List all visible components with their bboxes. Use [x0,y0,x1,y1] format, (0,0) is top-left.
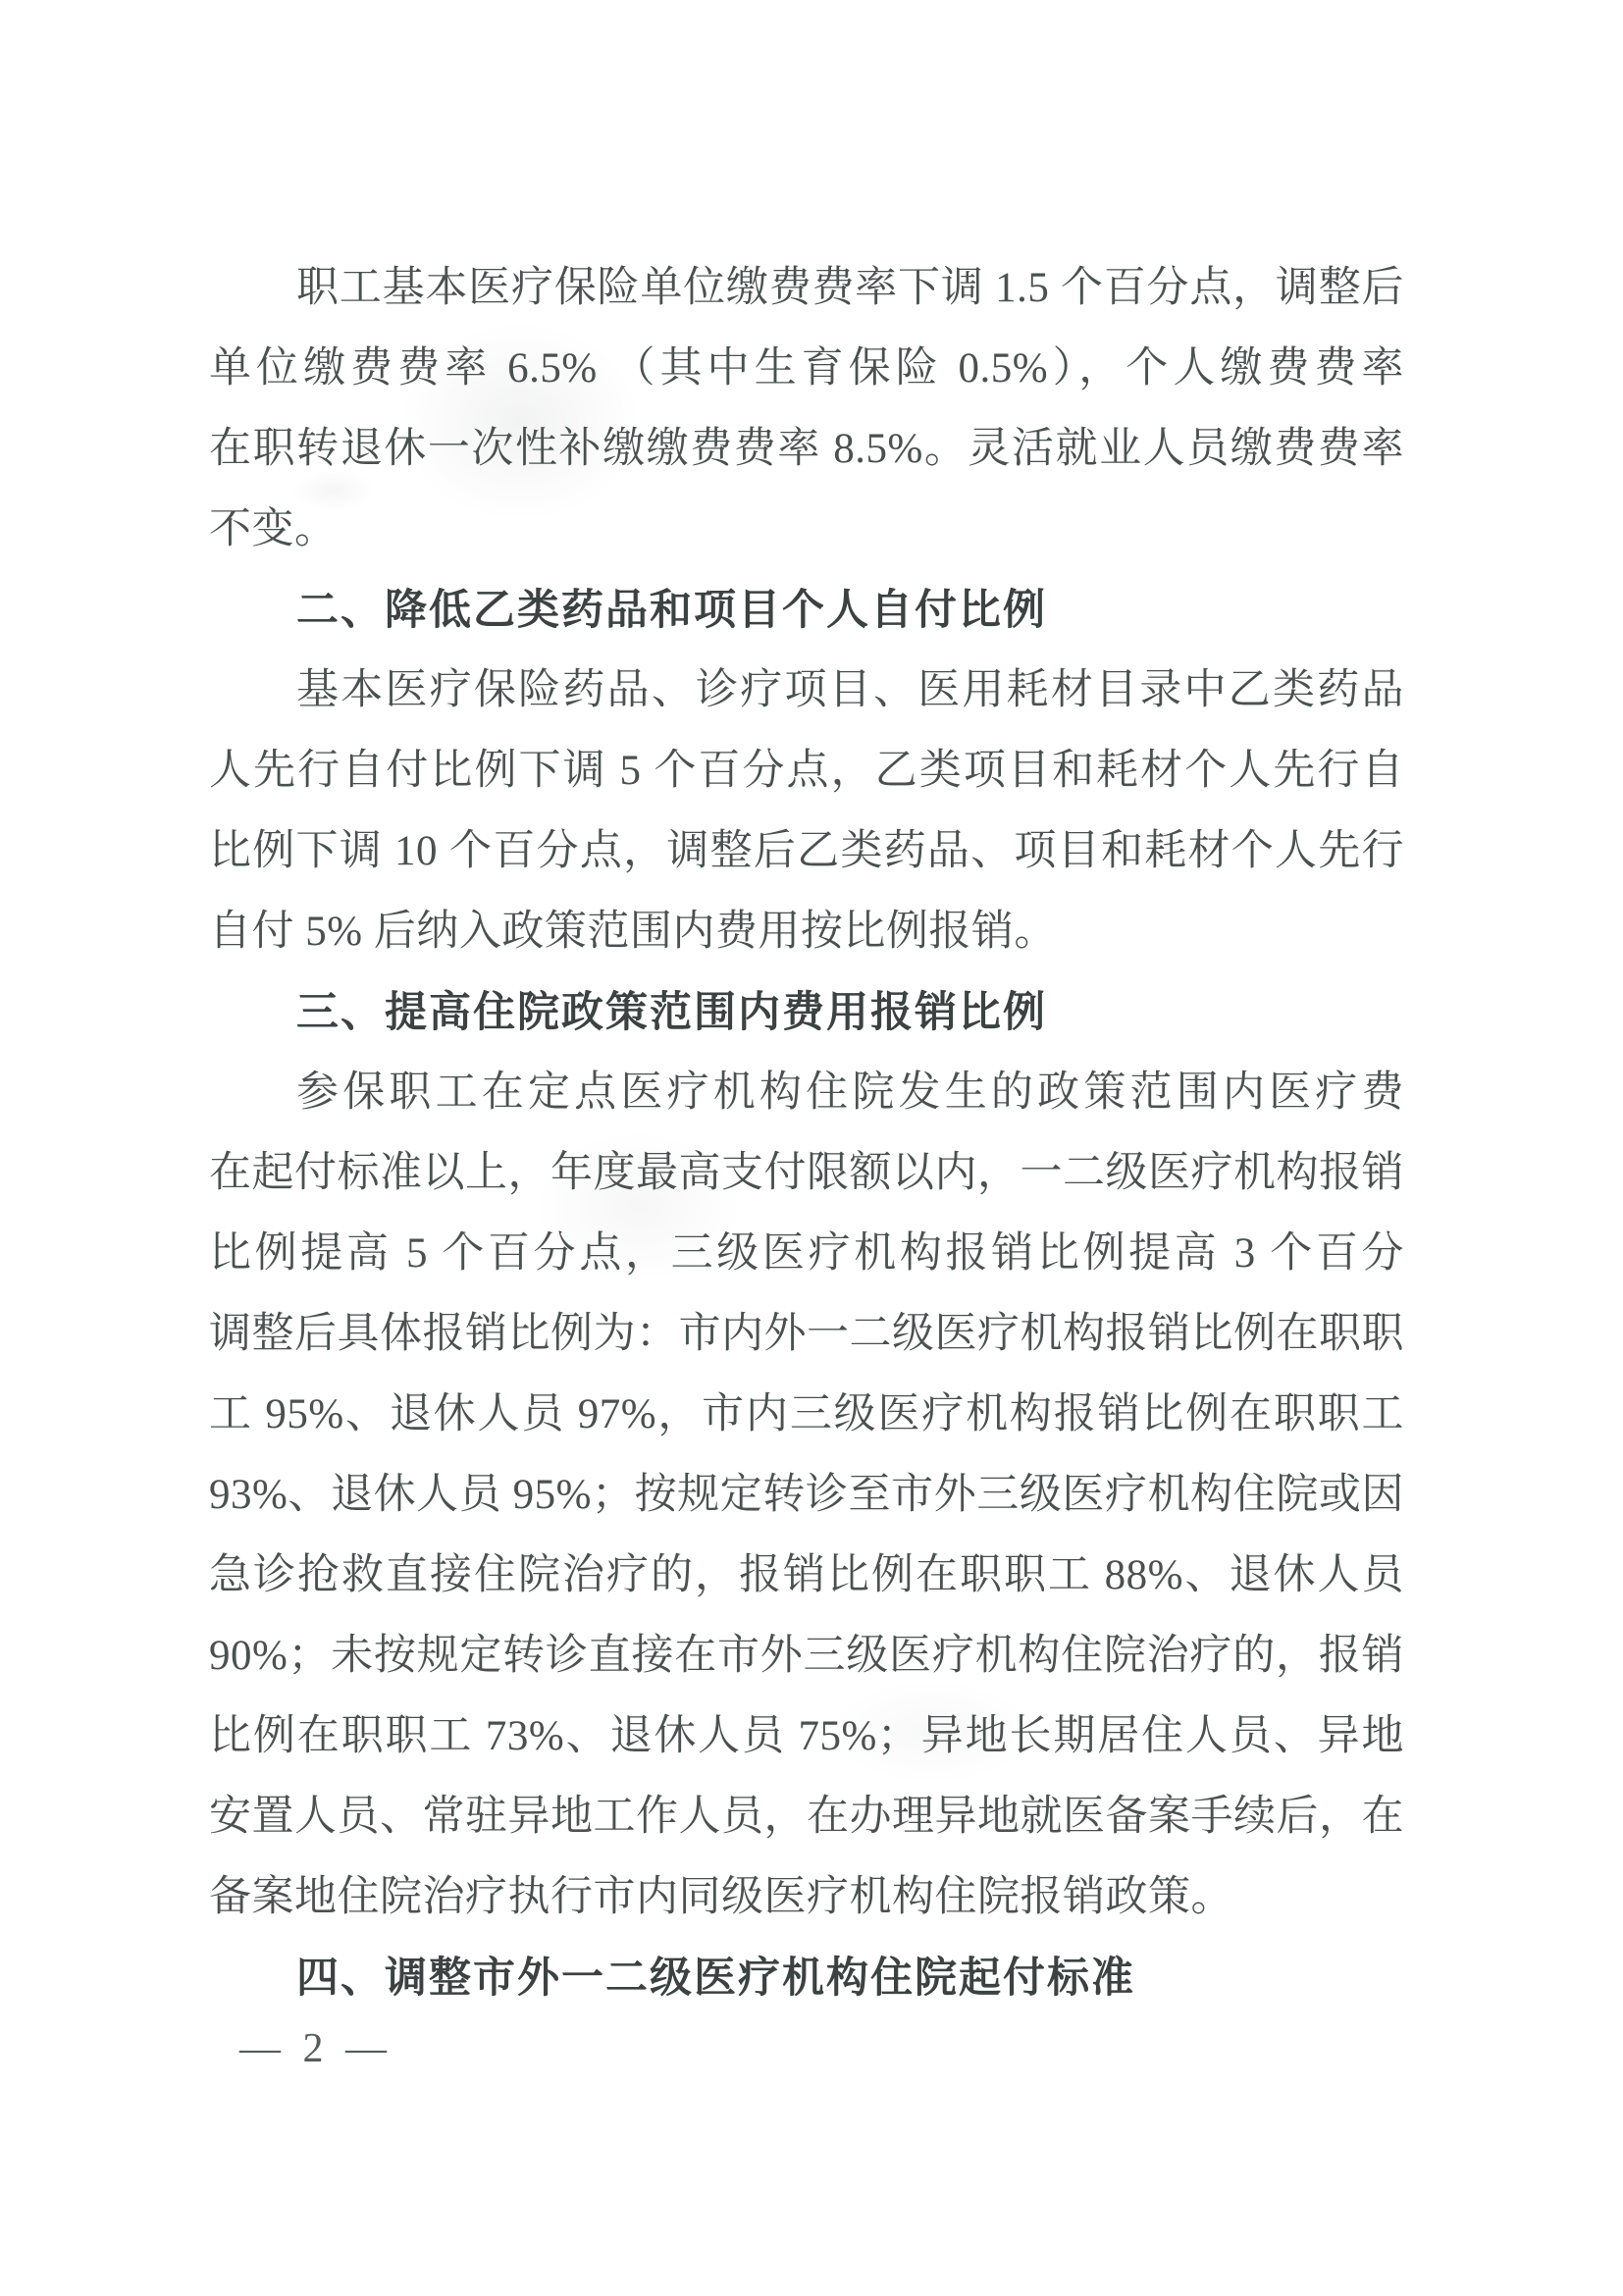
text-line: 比例在职职工 73%、退休人员 75%；异地长期居住人员、异地 [209,1696,1404,1777]
text-line: 调整后具体报销比例为：市内外一二级医疗机构报销比例在职职 [209,1294,1404,1375]
text-line: 职工基本医疗保险单位缴费费率下调 1.5 个百分点，调整后 [209,248,1404,329]
text-line: 备案地住院治疗执行市内同级医疗机构住院报销政策。 [209,1857,1404,1938]
text-line: 参保职工在定点医疗机构住院发生的政策范围内医疗费用， [209,1053,1404,1133]
text-line: 自付 5% 后纳入政策范围内费用按比例报销。 [209,892,1404,972]
text-line: 基本医疗保险药品、诊疗项目、医用耗材目录中乙类药品个 [209,651,1404,731]
section-heading: 三、提高住院政策范围内费用报销比例 [209,972,1404,1053]
text-line: 不变。 [209,490,1404,570]
text-line: 93%、退休人员 95%；按规定转诊至市外三级医疗机构住院或因 [209,1455,1404,1536]
text-line: 比例提高 5 个百分点，三级医疗机构报销比例提高 3 个百分点。 [209,1214,1404,1294]
text-line: 在起付标准以上，年度最高支付限额以内，一二级医疗机构报销 [209,1133,1404,1214]
text-line: 工 95%、退休人员 97%，市内三级医疗机构报销比例在职职工 [209,1375,1404,1455]
section-heading: 四、调整市外一二级医疗机构住院起付标准 [209,1938,1404,2018]
paragraph: 基本医疗保险药品、诊疗项目、医用耗材目录中乙类药品个人先行自付比例下调 5 个百… [209,651,1404,972]
document-body: 职工基本医疗保险单位缴费费率下调 1.5 个百分点，调整后单位缴费费率 6.5%… [209,248,1404,2018]
text-line: 安置人员、常驻异地工作人员，在办理异地就医备案手续后，在 [209,1777,1404,1857]
text-line: 急诊抢救直接住院治疗的，报销比例在职职工 88%、退休人员 [209,1536,1404,1616]
text-line: 比例下调 10 个百分点，调整后乙类药品、项目和耗材个人先行 [209,811,1404,892]
text-line: 人先行自付比例下调 5 个百分点，乙类项目和耗材个人先行自付 [209,731,1404,811]
text-line: 在职转退休一次性补缴缴费费率 8.5%。灵活就业人员缴费费率 [209,409,1404,490]
text-line: 单位缴费费率 6.5% （其中生育保险 0.5%），个人缴费费率 2%， [209,329,1404,409]
page-number: — 2 — [239,2019,393,2078]
document-page: 职工基本医疗保险单位缴费费率下调 1.5 个百分点，调整后单位缴费费率 6.5%… [0,0,1623,2296]
text-line: 90%；未按规定转诊直接在市外三级医疗机构住院治疗的，报销 [209,1616,1404,1696]
paragraph: 参保职工在定点医疗机构住院发生的政策范围内医疗费用，在起付标准以上，年度最高支付… [209,1053,1404,1938]
section-heading: 二、降低乙类药品和项目个人自付比例 [209,570,1404,651]
paragraph: 职工基本医疗保险单位缴费费率下调 1.5 个百分点，调整后单位缴费费率 6.5%… [209,248,1404,570]
